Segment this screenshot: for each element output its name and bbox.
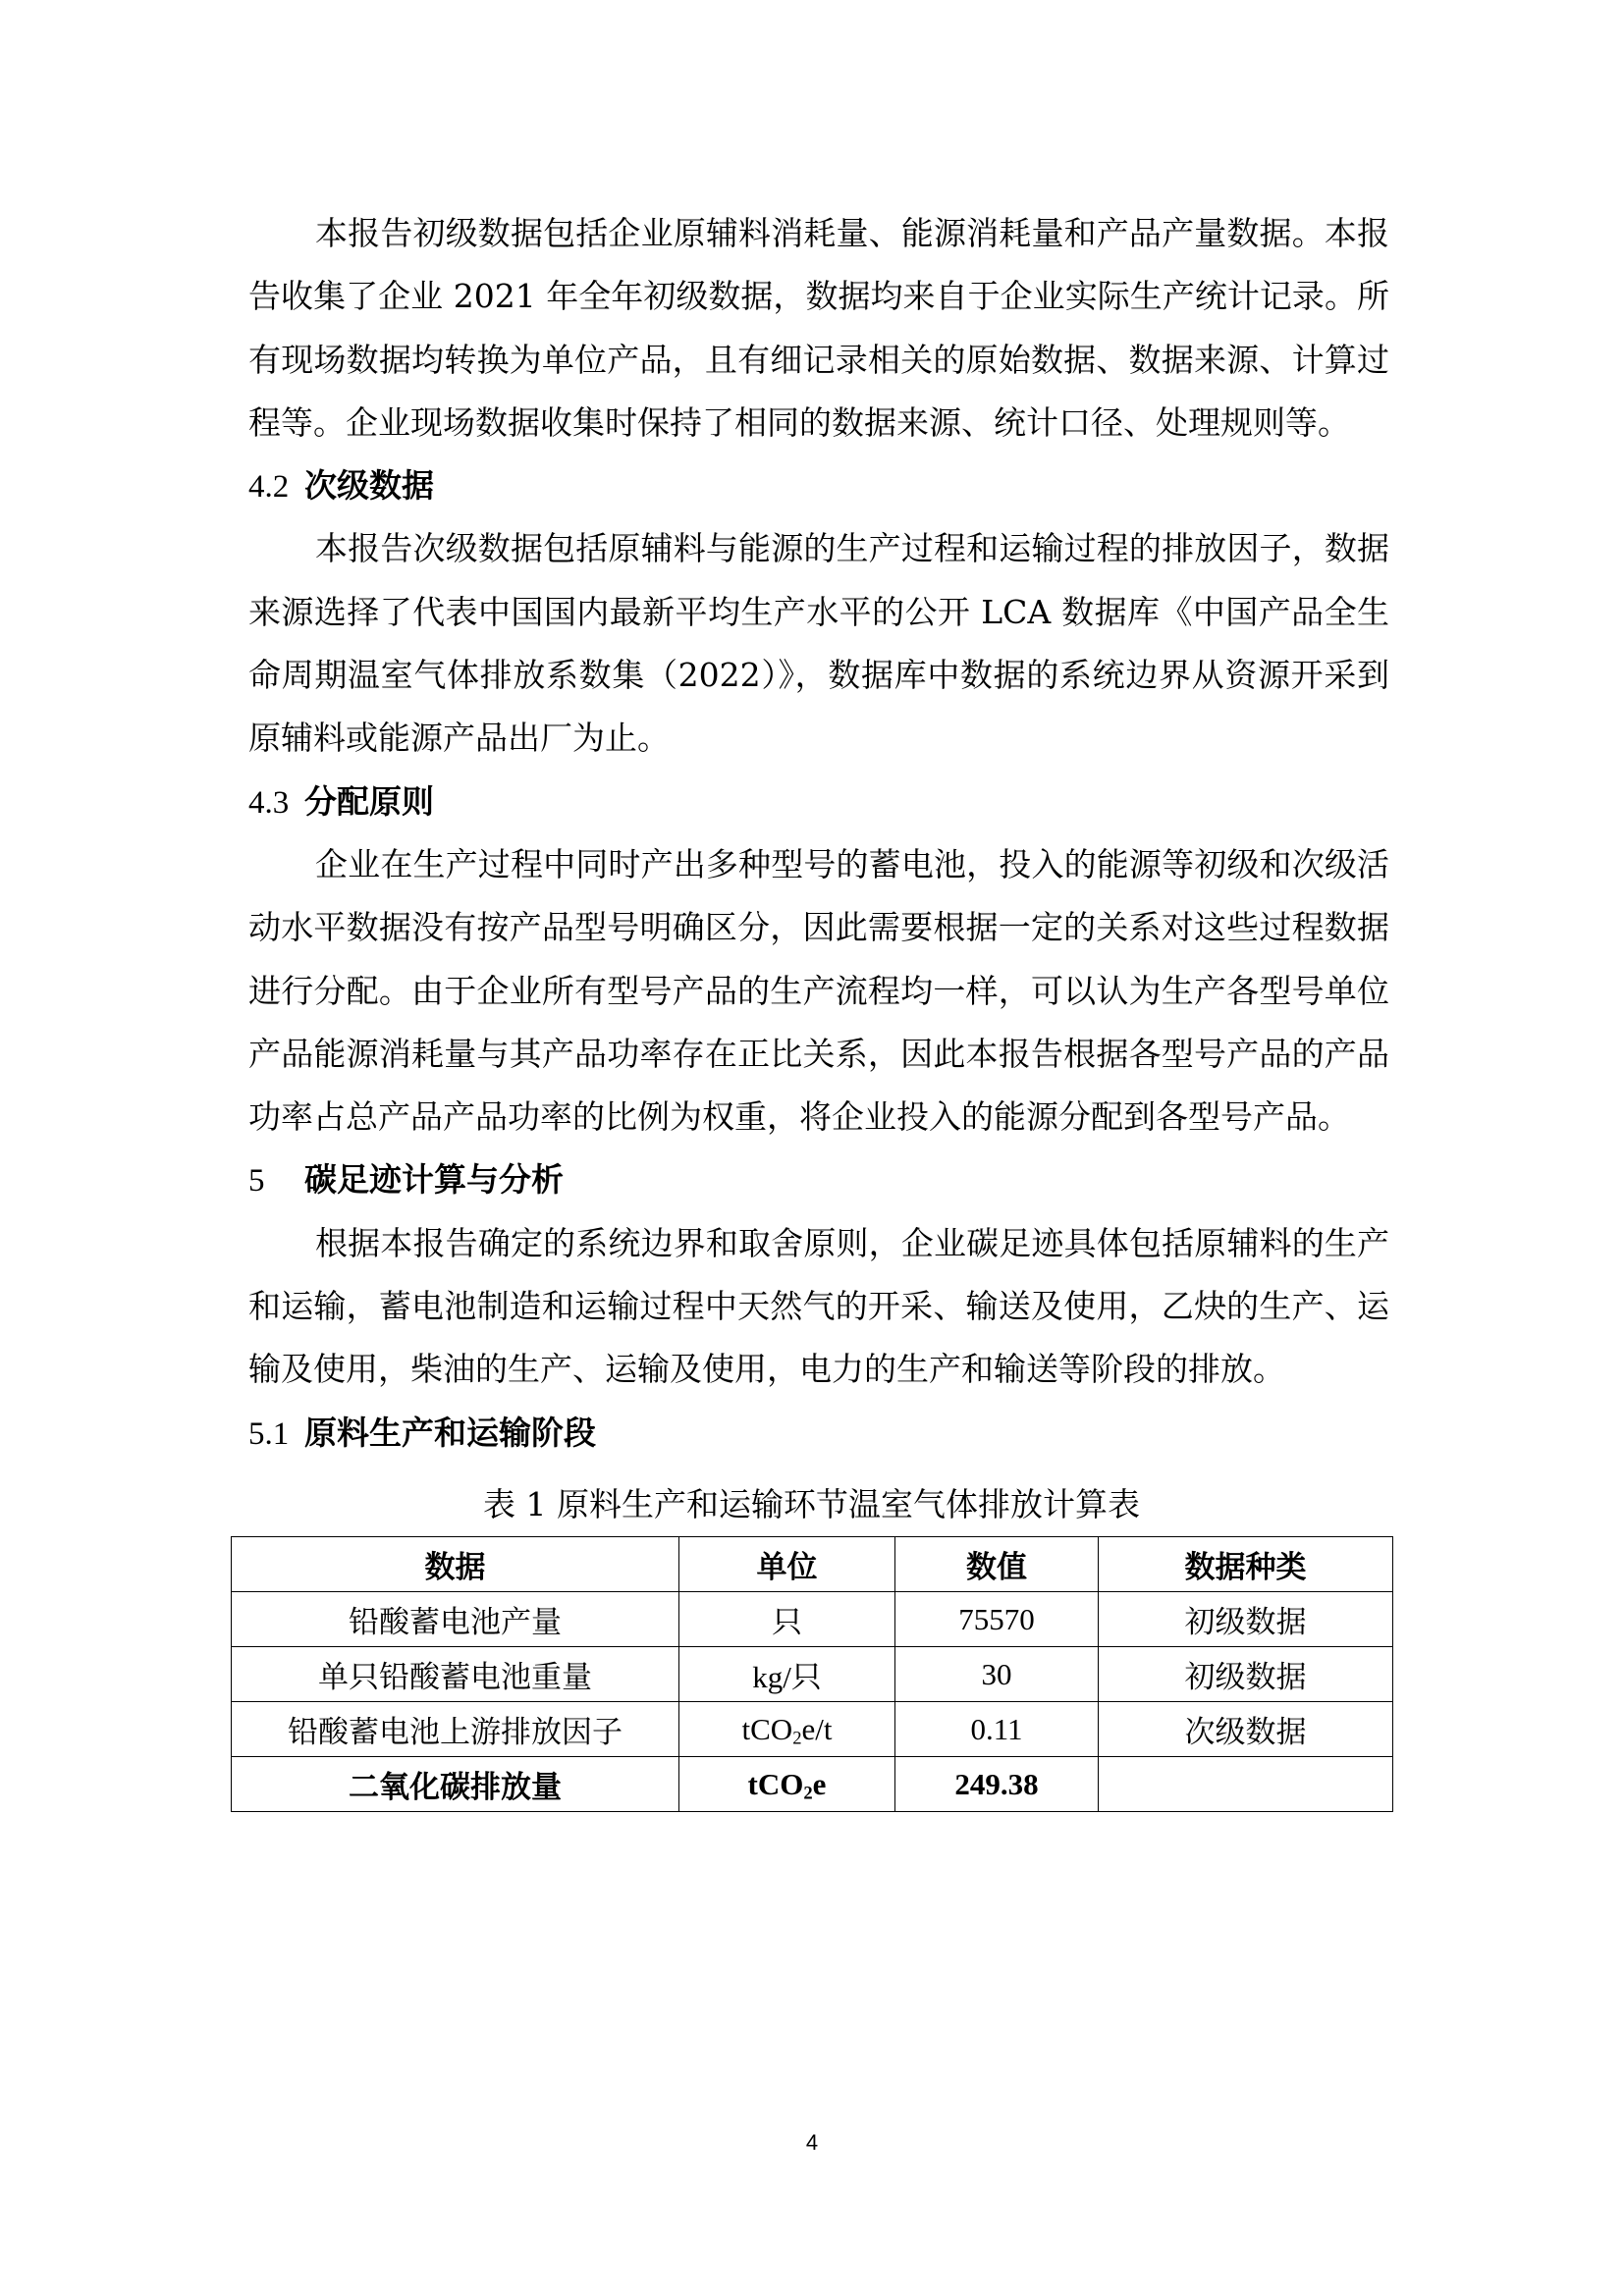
unit-subscript: 2 [803,1783,812,1803]
page-number: 4 [0,2130,1624,2156]
paragraph-primary-data: 本报告初级数据包括企业原辅料消耗量、能源消耗量和产品产量数据。本报 告收集了企业… [248,202,1389,454]
cell-data-type: 初级数据 [1099,1592,1393,1647]
text-line: 动水平数据没有按产品型号明确区分，因此需要根据一定的关系对这些过程数据 [248,896,1389,959]
section-heading-5: 5碳足迹计算与分析 [248,1148,1389,1211]
section-heading-4-3: 4.3分配原则 [248,771,1389,833]
text-line: 根据本报告确定的系统边界和取舍原则，企业碳足迹具体包括原辅料的生产 [248,1212,1389,1275]
text-line: 本报告次级数据包括原辅料与能源的生产过程和运输过程的排放因子，数据 [248,517,1389,580]
text-line: 进行分配。由于企业所有型号产品的生产流程均一样，可以认为生产各型号单位 [248,960,1389,1023]
cell-item: 铅酸蓄电池产量 [232,1592,679,1647]
text-line: 程等。企业现场数据收集时保持了相同的数据来源、统计口径、处理规则等。 [248,392,1389,454]
section-number: 4.2 [248,455,304,518]
section-title: 原料生产和运输阶段 [304,1414,596,1452]
unit-suffix: e [813,1767,827,1801]
table-total-row: 二氧化碳排放量 tCO2e 249.38 [232,1757,1393,1812]
cell-data-type: 初级数据 [1099,1647,1393,1702]
column-header-unit: 单位 [679,1537,895,1592]
text-line: 产品能源消耗量与其产品功率存在正比关系，因此本报告根据各型号产品的产品 [248,1023,1389,1086]
column-header-value: 数值 [895,1537,1099,1592]
table-row: 铅酸蓄电池产量 只 75570 初级数据 [232,1592,1393,1647]
text-line: 告收集了企业 2021 年全年初级数据，数据均来自于企业实际生产统计记录。所 [248,265,1389,328]
text-line: 原辅料或能源产品出厂为止。 [248,707,1389,770]
cell-unit: tCO2e/t [679,1702,895,1757]
cell-value: 0.11 [895,1702,1099,1757]
table-row: 铅酸蓄电池上游排放因子 tCO2e/t 0.11 次级数据 [232,1702,1393,1757]
section-title: 碳足迹计算与分析 [304,1160,564,1199]
column-header-data: 数据 [232,1537,679,1592]
section-number: 5.1 [248,1403,304,1466]
unit-prefix: tCO [742,1712,793,1746]
cell-item: 铅酸蓄电池上游排放因子 [232,1702,679,1757]
text-line: 功率占总产品产品功率的比例为权重，将企业投入的能源分配到各型号产品。 [248,1086,1389,1148]
section-title: 分配原则 [304,782,434,821]
section-heading-4-2: 4.2次级数据 [248,454,1389,517]
table-header-row: 数据 单位 数值 数据种类 [232,1537,1393,1592]
unit-suffix: e/t [801,1712,832,1746]
cell-data-type: 次级数据 [1099,1702,1393,1757]
section-number: 5 [248,1149,304,1212]
text-line: 来源选择了代表中国国内最新平均生产水平的公开 LCA 数据库《中国产品全生 [248,581,1389,644]
section-heading-5-1: 5.1原料生产和运输阶段 [248,1402,1389,1465]
section-number: 4.3 [248,772,304,834]
cell-item: 单只铅酸蓄电池重量 [232,1647,679,1702]
text-line: 有现场数据均转换为单位产品，且有细记录相关的原始数据、数据来源、计算过 [248,329,1389,392]
section-title: 次级数据 [304,466,434,505]
unit-prefix: tCO [748,1767,804,1801]
text-line: 本报告初级数据包括企业原辅料消耗量、能源消耗量和产品产量数据。本报 [248,202,1389,265]
cell-value: 249.38 [895,1757,1099,1812]
cell-unit: 只 [679,1592,895,1647]
document-body: 本报告初级数据包括企业原辅料消耗量、能源消耗量和产品产量数据。本报 告收集了企业… [248,202,1389,1465]
table-row: 单只铅酸蓄电池重量 kg/只 30 初级数据 [232,1647,1393,1702]
text-line: 输及使用，柴油的生产、运输及使用，电力的生产和输送等阶段的排放。 [248,1338,1389,1401]
cell-value: 30 [895,1647,1099,1702]
paragraph-secondary-data: 本报告次级数据包括原辅料与能源的生产过程和运输过程的排放因子，数据 来源选择了代… [248,517,1389,770]
cell-unit: tCO2e [679,1757,895,1812]
cell-value: 75570 [895,1592,1099,1647]
column-header-data-type: 数据种类 [1099,1537,1393,1592]
cell-unit: kg/只 [679,1647,895,1702]
table-caption: 表 1 原料生产和运输环节温室气体排放计算表 [231,1482,1392,1527]
cell-data-type [1099,1757,1393,1812]
cell-item: 二氧化碳排放量 [232,1757,679,1812]
paragraph-allocation-principle: 企业在生产过程中同时产出多种型号的蓄电池，投入的能源等初级和次级活 动水平数据没… [248,833,1389,1148]
emission-calculation-table: 数据 单位 数值 数据种类 铅酸蓄电池产量 只 75570 初级数据 单只铅酸蓄… [231,1536,1393,1812]
text-line: 命周期温室气体排放系数集（2022）》，数据库中数据的系统边界从资源开采到 [248,644,1389,707]
paragraph-carbon-footprint: 根据本报告确定的系统边界和取舍原则，企业碳足迹具体包括原辅料的生产 和运输，蓄电… [248,1212,1389,1402]
text-line: 和运输，蓄电池制造和运输过程中天然气的开采、输送及使用，乙炔的生产、运 [248,1275,1389,1338]
text-line: 企业在生产过程中同时产出多种型号的蓄电池，投入的能源等初级和次级活 [248,833,1389,896]
